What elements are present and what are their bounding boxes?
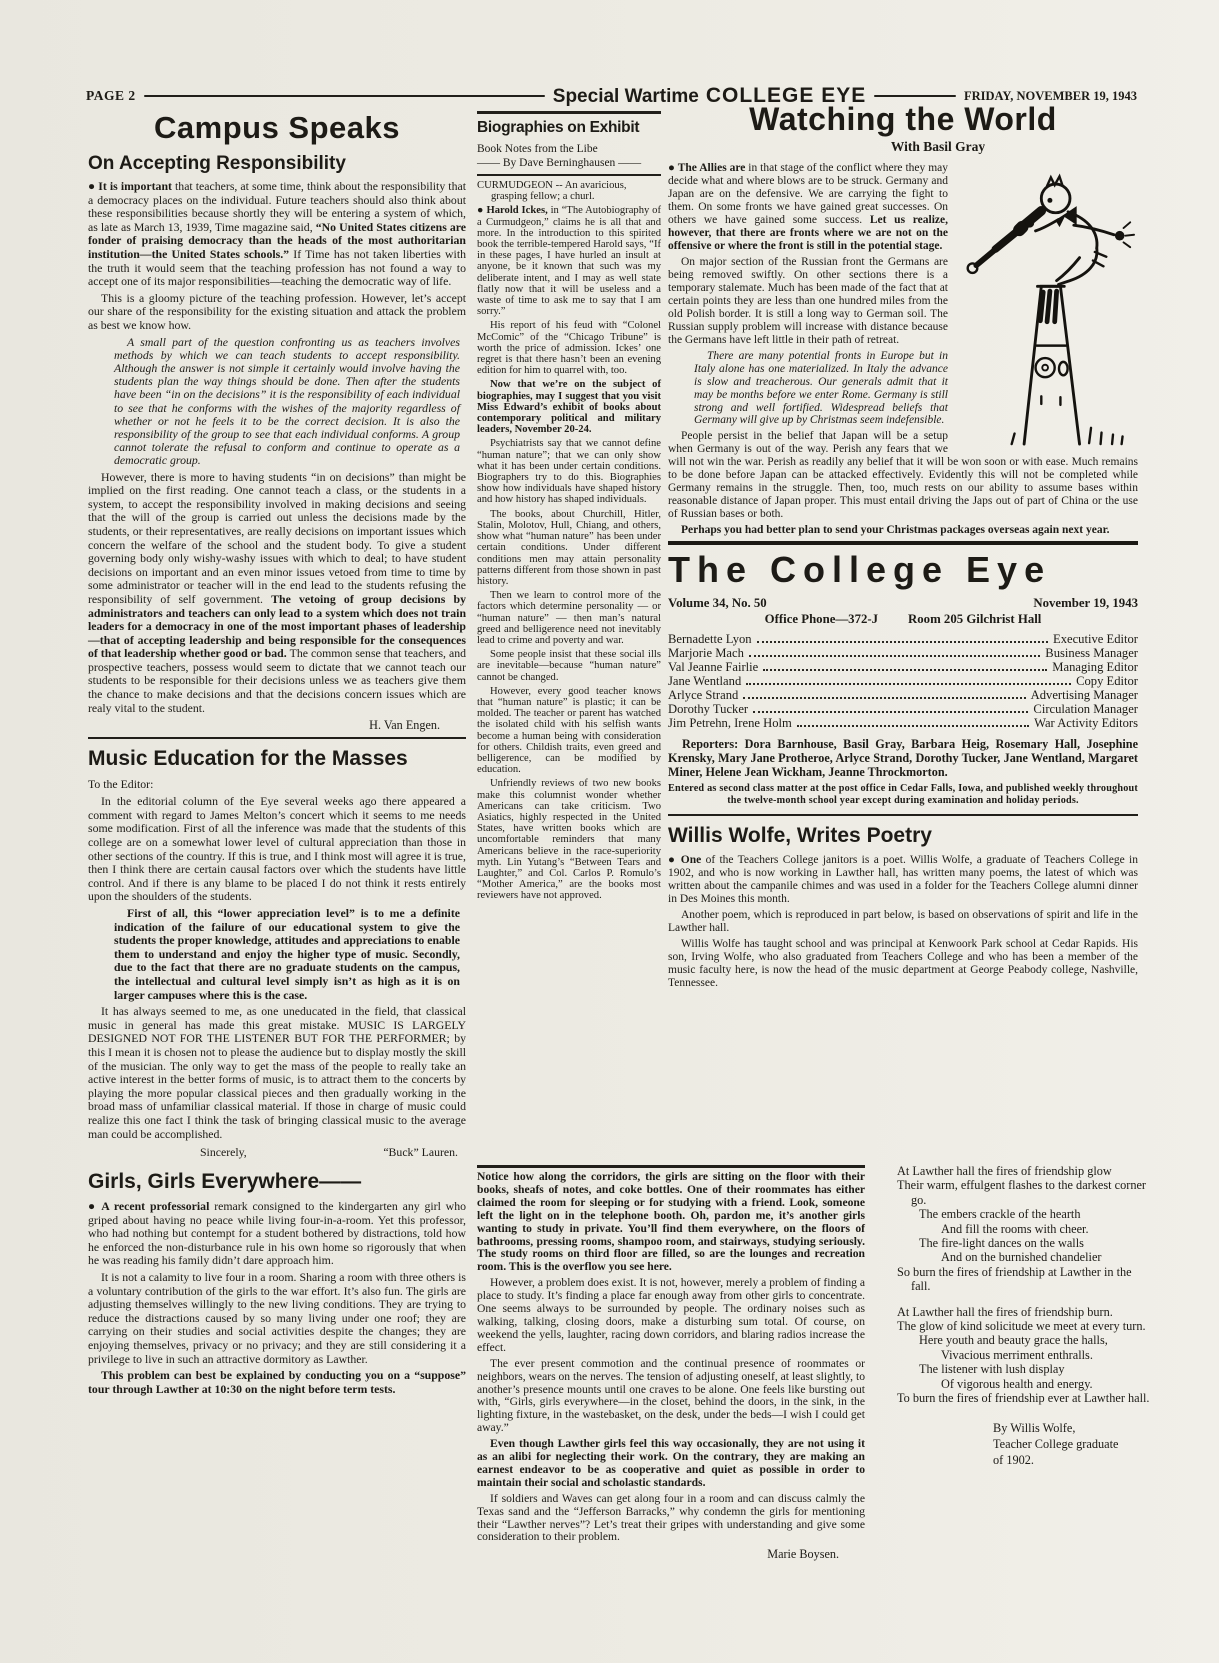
biographies-body: CURMUDGEON -- An avaricious, grasping fe…	[477, 180, 661, 902]
masthead-reporters: Reporters: Dora Barnhouse, Basil Gray, B…	[668, 737, 1138, 779]
dotted-leader	[757, 632, 1048, 643]
article-watching-world: Watching the World With Basil Gray	[668, 101, 1138, 537]
staff-role: Managing Editor	[1052, 660, 1138, 674]
poem-attribution-line: Teacher College graduate	[993, 1436, 1153, 1452]
masthead-room: Room 205 Gilchrist Hall	[908, 612, 1041, 627]
campanile-lookout-cartoon-svg	[958, 164, 1138, 446]
lawther-article-body: Notice how along the corridors, the girl…	[477, 1171, 865, 1544]
campus-speaks-headline: Campus Speaks	[88, 110, 466, 146]
staff-name: Jane Wentland	[668, 674, 741, 688]
dotted-leader	[746, 674, 1071, 685]
staff-row: Jim Petrehn, Irene HolmWar Activity Edit…	[668, 716, 1138, 730]
paragraph: Now that we’re on the subject of biograp…	[477, 379, 661, 435]
music-salutation: To the Editor:	[88, 777, 466, 792]
masthead-rule-top	[668, 541, 1138, 545]
staff-row: Dorothy TuckerCirculation Manager	[668, 702, 1138, 716]
staff-row: Arlyce StrandAdvertising Manager	[668, 688, 1138, 702]
paragraph: First of all, this “lower appreciation l…	[114, 907, 460, 1002]
paragraph: Another poem, which is reproduced in par…	[668, 909, 1138, 935]
music-education-headline: Music Education for the Masses	[88, 747, 466, 771]
college-eye-masthead: The College Eye Volume 34, No. 50 Novemb…	[668, 549, 1138, 807]
newspaper-page: PAGE 2 Special Wartime COLLEGE EYE FRIDA…	[0, 0, 1219, 1663]
staff-role: Executive Editor	[1053, 632, 1138, 646]
poem-line: Here youth and beauty grace the halls,	[897, 1333, 1153, 1347]
masthead-entered-notice: Entered as second class matter at the po…	[668, 783, 1138, 807]
poem-attribution-line: By Willis Wolfe,	[993, 1420, 1153, 1436]
willis-wolfe-headline: Willis Wolfe, Writes Poetry	[668, 824, 1138, 848]
poem-line: So burn the fires of friendship at Lawth…	[897, 1265, 1153, 1294]
dotted-leader	[749, 646, 1040, 657]
masthead-date: November 19, 1943	[1033, 596, 1138, 611]
masthead-office-phone: Office Phone—372-J	[765, 612, 878, 627]
staff-name: Bernadette Lyon	[668, 632, 752, 646]
staff-name: Marjorie Mach	[668, 646, 744, 660]
poem-attribution-line: of 1902.	[993, 1452, 1153, 1468]
dotted-leader	[763, 660, 1047, 671]
staff-role: Circulation Manager	[1033, 702, 1138, 716]
dotted-leader	[797, 716, 1029, 727]
poem-line: The embers crackle of the hearth	[897, 1207, 1153, 1221]
paragraph: However, there is more to having student…	[88, 471, 466, 716]
paragraph: If soldiers and Waves can get along four…	[477, 1493, 865, 1545]
paragraph: Willis Wolfe has taught school and was p…	[668, 938, 1138, 990]
masthead-office-row: Office Phone—372-J Room 205 Gilchrist Ha…	[668, 612, 1138, 627]
staff-row: Jane WentlandCopy Editor	[668, 674, 1138, 688]
masthead-volume: Volume 34, No. 50	[668, 596, 767, 611]
paragraph: This problem can best be explained by co…	[88, 1369, 466, 1396]
article-music-education: Music Education for the Masses To the Ed…	[88, 747, 466, 1162]
staff-row: Val Jeanne FairlieManaging Editor	[668, 660, 1138, 674]
staff-row: Marjorie MachBusiness Manager	[668, 646, 1138, 660]
watching-world-body: ● The Allies are in that stage of the co…	[668, 162, 1138, 537]
paragraph: In the editorial column of the Eye sever…	[88, 795, 466, 904]
header-rule-left	[144, 95, 545, 97]
music-closing-word: Sincerely,	[200, 1145, 247, 1160]
willis-wolfe-body: ● One of the Teachers College janitors i…	[668, 854, 1138, 990]
paragraph: It is not a calamity to live four in a r…	[88, 1271, 466, 1366]
music-closing-row: Sincerely, “Buck” Lauren.	[88, 1144, 466, 1162]
masthead-staff-list: Bernadette LyonExecutive EditorMarjorie …	[668, 632, 1138, 730]
paragraph: The ever present commotion and the conti…	[477, 1358, 865, 1435]
left-column: Campus Speaks On Accepting Responsibilit…	[88, 110, 466, 1399]
masthead-rule-bottom	[668, 814, 1138, 816]
poem-line: To burn the fires of friendship ever at …	[897, 1391, 1153, 1405]
column-rule-top	[477, 111, 661, 114]
staff-name: Val Jeanne Fairlie	[668, 660, 758, 674]
lawther-article-signature: Marie Boysen.	[477, 1547, 865, 1562]
biographies-byline: —— By Dave Berninghausen ——	[477, 157, 661, 169]
section-rule	[88, 737, 466, 739]
paragraph: However, every good teacher knows that “…	[477, 686, 661, 776]
paragraph: His report of his feud with “Colonel McC…	[477, 320, 661, 376]
campus-speaks-subhead: On Accepting Responsibility	[88, 153, 466, 175]
paragraph: A small part of the question confronting…	[114, 336, 460, 468]
poem-line: And on the burnished chandelier	[897, 1250, 1153, 1264]
poem-line: The fire-light dances on the walls	[897, 1236, 1153, 1250]
music-closing-signature: “Buck” Lauren.	[383, 1145, 458, 1160]
article-campus-speaks: Campus Speaks On Accepting Responsibilit…	[88, 110, 466, 733]
staff-name: Jim Petrehn, Irene Holm	[668, 716, 792, 730]
paragraph: Some people insist that these social ill…	[477, 649, 661, 683]
biographies-headline: Biographies on Exhibit	[477, 119, 661, 137]
paragraph: Perhaps you had better plan to send your…	[668, 524, 1138, 537]
girls-everywhere-body: ● A recent professorial remark consigned…	[88, 1200, 466, 1396]
music-education-body: In the editorial column of the Eye sever…	[88, 795, 466, 1141]
poem-line: And fill the rooms with cheer.	[897, 1222, 1153, 1236]
poem-line: At Lawther hall the fires of friendship …	[897, 1164, 1153, 1178]
lawther-article: Notice how along the corridors, the girl…	[477, 1162, 865, 1565]
paragraph: Notice how along the corridors, the girl…	[477, 1171, 865, 1274]
dotted-leader	[743, 688, 1025, 699]
poem-attribution: By Willis Wolfe, Teacher College graduat…	[993, 1420, 1153, 1468]
staff-row: Bernadette LyonExecutive Editor	[668, 632, 1138, 646]
campus-speaks-signature: H. Van Engen.	[88, 718, 466, 733]
campus-speaks-body: ● It is important that teachers, at some…	[88, 180, 466, 715]
poem-line: Vivacious merriment enthralls.	[897, 1348, 1153, 1362]
middle-column: Biographies on Exhibit Book Notes from t…	[477, 108, 661, 905]
paragraph: ● Harold Ickes, in “The Autobiography of…	[477, 205, 661, 317]
staff-name: Arlyce Strand	[668, 688, 738, 702]
staff-role: Business Manager	[1045, 646, 1138, 660]
byline-rule	[477, 174, 661, 176]
staff-role: Advertising Manager	[1031, 688, 1138, 702]
staff-role: War Activity Editors	[1034, 716, 1138, 730]
paragraph: ● One of the Teachers College janitors i…	[668, 854, 1138, 906]
biographies-kicker: Book Notes from the Libe	[477, 143, 661, 155]
paragraph: The books, about Churchill, Hitler, Stal…	[477, 509, 661, 587]
watching-world-byline: With Basil Gray	[668, 139, 1138, 155]
campanile-lookout-illustration	[958, 164, 1138, 446]
staff-name: Dorothy Tucker	[668, 702, 748, 716]
article-girls-everywhere: Girls, Girls Everywhere—— ● A recent pro…	[88, 1170, 466, 1396]
paragraph: It has always seemed to me, as one unedu…	[88, 1005, 466, 1141]
paragraph: Unfriendly reviews of two new books make…	[477, 778, 661, 901]
poem-line: Of vigorous health and energy.	[897, 1377, 1153, 1391]
paragraph: CURMUDGEON -- An avaricious, grasping fe…	[477, 180, 661, 202]
staff-role: Copy Editor	[1076, 674, 1138, 688]
poem-line: Their warm, effulgent flashes to the dar…	[897, 1178, 1153, 1207]
watching-world-headline: Watching the World	[668, 101, 1138, 138]
paragraph: This is a gloomy picture of the teaching…	[88, 292, 466, 333]
paragraph: Psychiatrists say that we cannot define …	[477, 438, 661, 505]
paragraph: However, a problem does exist. It is not…	[477, 1277, 865, 1354]
page-number-label: PAGE 2	[86, 88, 136, 104]
poem-stanza-gap	[897, 1294, 1153, 1305]
poem-line: The glow of kind solicitude we meet at e…	[897, 1319, 1153, 1333]
bottom-band: Notice how along the corridors, the girl…	[477, 1162, 1165, 1565]
lawther-poem: At Lawther hall the fires of friendship …	[897, 1162, 1153, 1565]
masthead-volume-row: Volume 34, No. 50 November 19, 1943	[668, 596, 1138, 611]
paragraph: ● A recent professorial remark consigned…	[88, 1200, 466, 1268]
paragraph: Even though Lawther girls feel this way …	[477, 1438, 865, 1490]
lawther-rule-top	[477, 1165, 865, 1168]
dotted-leader	[753, 702, 1028, 713]
poem-line: The listener with lush display	[897, 1362, 1153, 1376]
masthead-title: The College Eye	[668, 549, 1138, 591]
right-column: Watching the World With Basil Gray	[668, 101, 1138, 993]
poem-lines: At Lawther hall the fires of friendship …	[897, 1164, 1153, 1406]
header-rule-right	[874, 95, 956, 97]
paragraph: ● It is important that teachers, at some…	[88, 180, 466, 289]
girls-everywhere-headline: Girls, Girls Everywhere——	[88, 1170, 466, 1194]
poem-line: At Lawther hall the fires of friendship …	[897, 1305, 1153, 1319]
article-biographies-exhibit: Biographies on Exhibit Book Notes from t…	[477, 111, 661, 902]
article-willis-wolfe: Willis Wolfe, Writes Poetry ● One of the…	[668, 824, 1138, 990]
paragraph: Then we learn to control more of the fac…	[477, 590, 661, 646]
